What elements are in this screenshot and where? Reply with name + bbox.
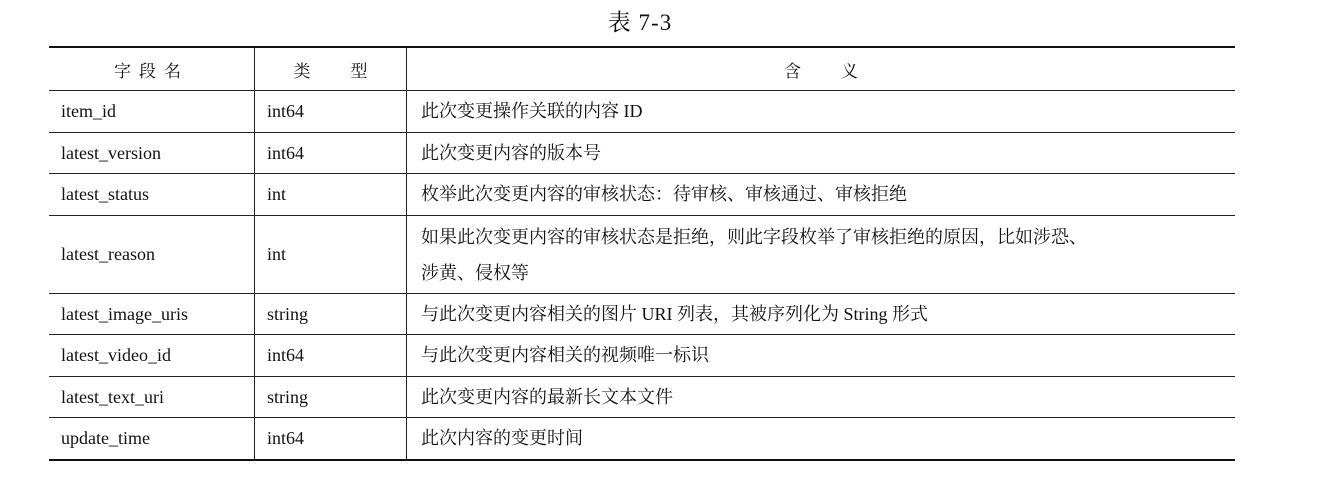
field-name-cell: latest_text_uri: [49, 376, 255, 418]
field-type-cell: int64: [255, 335, 407, 377]
field-meaning-cell: 此次内容的变更时间: [407, 418, 1236, 460]
field-type-cell: int64: [255, 418, 407, 460]
field-type-cell: string: [255, 376, 407, 418]
field-meaning-line-1: 如果此次变更内容的审核状态是拒绝，则此字段枚举了审核拒绝的原因，比如涉恐、: [421, 219, 1235, 255]
field-name-cell: latest_status: [49, 174, 255, 216]
field-meaning-line-2: 涉黄、侵权等: [421, 255, 1235, 291]
table-row: latest_status int 枚举此次变更内容的审核状态：待审核、审核通过…: [49, 174, 1235, 216]
field-name-cell: latest_reason: [49, 215, 255, 293]
table-row: latest_image_uris string 与此次变更内容相关的图片 UR…: [49, 293, 1235, 335]
field-name-cell: latest_video_id: [49, 335, 255, 377]
field-type-cell: int64: [255, 132, 407, 174]
field-meaning-cell: 与此次变更内容相关的视频唯一标识: [407, 335, 1236, 377]
header-type-part-1: 类: [294, 62, 311, 82]
field-name-cell: update_time: [49, 418, 255, 460]
table-row: item_id int64 此次变更操作关联的内容 ID: [49, 91, 1235, 133]
field-name-cell: item_id: [49, 91, 255, 133]
header-type: 类型: [255, 47, 407, 91]
field-meaning-cell: 枚举此次变更内容的审核状态：待审核、审核通过、审核拒绝: [407, 174, 1236, 216]
field-name-cell: latest_version: [49, 132, 255, 174]
header-meaning: 含义: [407, 47, 1236, 91]
header-type-part-2: 型: [351, 62, 368, 82]
field-definition-table: 字段名 类型 含义 item_id int64 此次变更操作关联的内容 ID l…: [49, 46, 1235, 461]
field-meaning-cell: 此次变更操作关联的内容 ID: [407, 91, 1236, 133]
table-caption: 表 7-3: [0, 4, 1280, 37]
field-type-cell: int: [255, 174, 407, 216]
header-field-name: 字段名: [49, 47, 255, 91]
field-meaning-cell: 此次变更内容的版本号: [407, 132, 1236, 174]
table-row: latest_reason int 如果此次变更内容的审核状态是拒绝，则此字段枚…: [49, 215, 1235, 293]
field-meaning-cell: 此次变更内容的最新长文本文件: [407, 376, 1236, 418]
field-meaning-cell: 与此次变更内容相关的图片 URI 列表，其被序列化为 String 形式: [407, 293, 1236, 335]
field-type-cell: int: [255, 215, 407, 293]
field-meaning-cell: 如果此次变更内容的审核状态是拒绝，则此字段枚举了审核拒绝的原因，比如涉恐、 涉黄…: [407, 215, 1236, 293]
header-meaning-part-1: 含: [784, 62, 801, 82]
table-row: latest_text_uri string 此次变更内容的最新长文本文件: [49, 376, 1235, 418]
field-type-cell: int64: [255, 91, 407, 133]
field-name-cell: latest_image_uris: [49, 293, 255, 335]
field-type-cell: string: [255, 293, 407, 335]
table-row: latest_version int64 此次变更内容的版本号: [49, 132, 1235, 174]
table-header-row: 字段名 类型 含义: [49, 47, 1235, 91]
table-row: update_time int64 此次内容的变更时间: [49, 418, 1235, 460]
table-row: latest_video_id int64 与此次变更内容相关的视频唯一标识: [49, 335, 1235, 377]
header-meaning-part-2: 义: [841, 62, 858, 82]
